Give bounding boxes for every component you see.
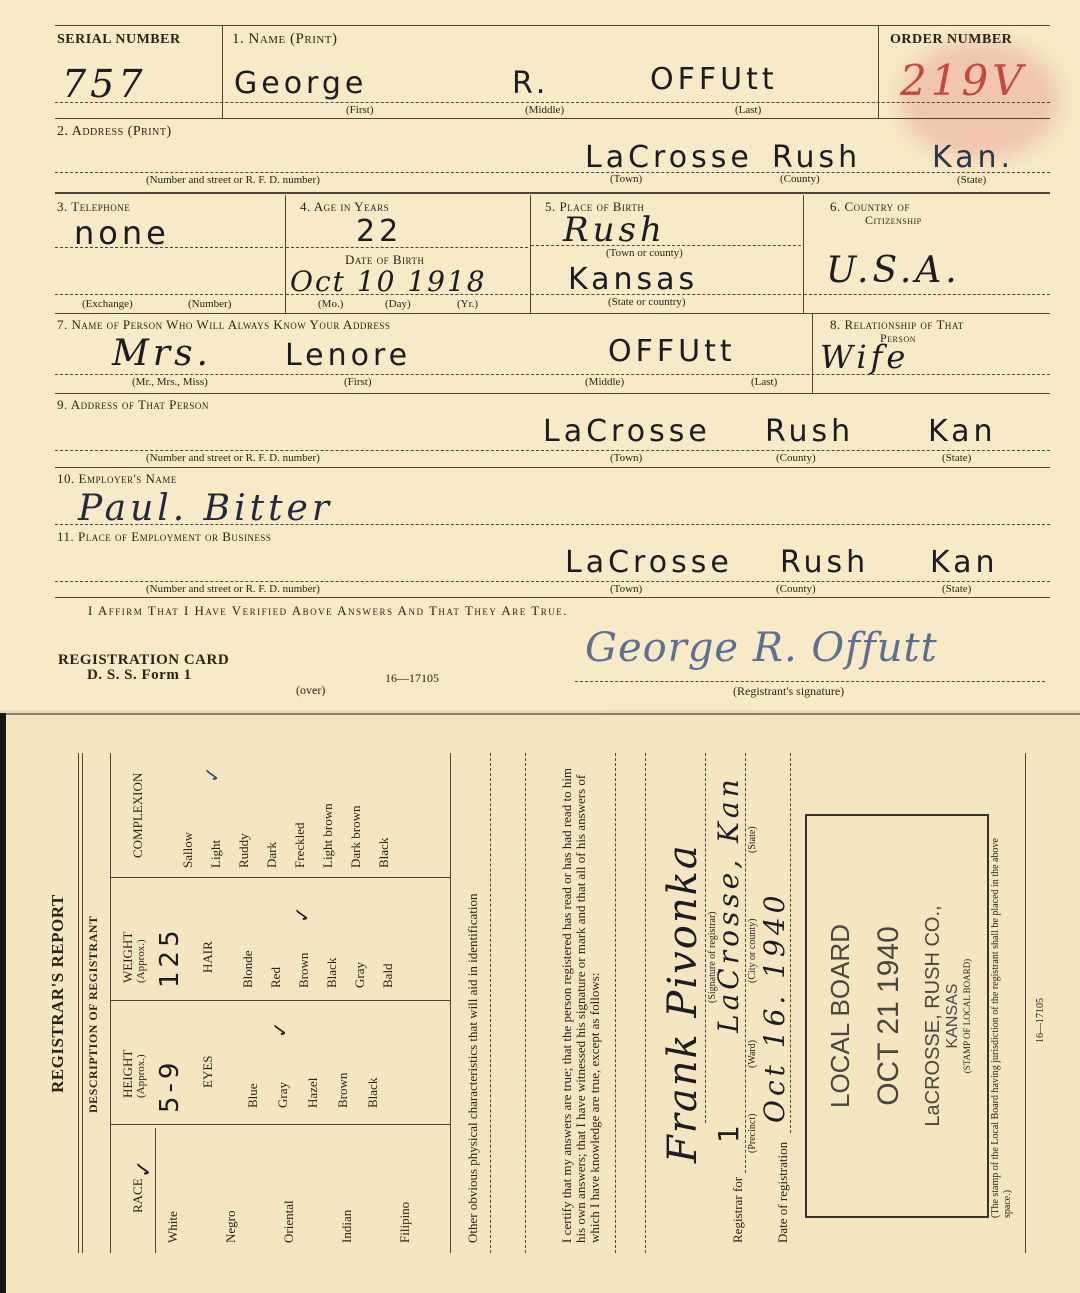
weight-value: 125	[155, 926, 185, 988]
city-value: LaCrosse,	[712, 856, 745, 1033]
telephone-label: 3. Telephone	[57, 199, 130, 215]
address-county-value: Rush	[772, 140, 861, 175]
contact-town-caption: (Town)	[610, 452, 642, 464]
employer-label: 10. Employer's Name	[57, 471, 177, 487]
caption-last: (Last)	[735, 104, 761, 116]
ward-caption: (Ward)	[747, 1040, 758, 1068]
hair-brown: Brown	[296, 953, 312, 988]
address-state-value: Kan.	[932, 140, 1014, 175]
address-town-value: LaCrosse	[585, 140, 753, 175]
relationship-value: Wife	[820, 338, 909, 376]
height-value: 5-9	[155, 1059, 185, 1113]
registrars-report: REGISTRAR'S REPORT DESCRIPTION OF REGIST…	[40, 733, 1070, 1273]
height-label: HEIGHT	[120, 1050, 136, 1098]
registrar-for-label: Registrar for	[730, 1177, 746, 1243]
caption-first: (First)	[346, 104, 374, 116]
contact-middle-caption: (Middle)	[585, 376, 624, 388]
eyes-hazel: Hazel	[305, 1078, 321, 1108]
date-of-registration-value: Oct 16. 1940	[758, 892, 791, 1123]
hair-gray: Gray	[352, 962, 368, 988]
complexion-light: Light	[208, 840, 224, 868]
employment-county-value: Rush	[780, 545, 869, 580]
weight-approx: (Approx.)	[135, 939, 147, 983]
back-print-code: 16—17105	[1035, 998, 1046, 1043]
citizenship-label-2: Citizenship	[865, 213, 922, 228]
birth-town-value: Rush	[563, 210, 666, 250]
race-label: RACE	[130, 1178, 146, 1213]
order-number-value: 219V	[900, 56, 1027, 105]
race-check: ✓	[132, 1156, 157, 1178]
employment-town-caption: (Town)	[610, 583, 642, 595]
employment-state-value: Kan	[930, 545, 999, 580]
race-indian: Indian	[339, 1210, 355, 1243]
age-label: 4. Age in Years	[300, 199, 389, 215]
race-white: White	[165, 1211, 181, 1243]
telephone-exchange-caption: (Exchange)	[82, 298, 133, 310]
complexion-dark: Dark	[264, 842, 280, 868]
complexion-ruddy: Ruddy	[236, 833, 252, 868]
precinct-caption: (Precinct)	[747, 1114, 758, 1153]
birth-state-caption: (State or country)	[608, 296, 686, 308]
over-note: (over)	[296, 683, 325, 698]
contact-first-caption: (First)	[344, 376, 372, 388]
stamp-line3: LaCROSSE, RUSH CO.,	[922, 816, 945, 1216]
height-approx: (Approx.)	[135, 1054, 147, 1098]
signature-caption: (Registrant's signature)	[733, 684, 844, 699]
birth-town-caption: (Town or county)	[606, 247, 683, 259]
report-subtitle: DESCRIPTION OF REGISTRANT	[86, 916, 101, 1113]
stamp-date: OCT 21 1940	[872, 816, 906, 1216]
form-id: D. S. S. Form 1	[87, 667, 192, 684]
state-caption: (State)	[747, 826, 758, 853]
other-characteristics-label: Other obvious physical characteristics t…	[465, 894, 481, 1243]
registration-card-front: SERIAL NUMBER 757 1. Name (Print) George…	[0, 0, 1080, 710]
employment-state-caption: (State)	[942, 583, 971, 595]
serial-number-label: SERIAL NUMBER	[57, 32, 181, 48]
name-label: 1. Name (Print)	[232, 31, 338, 48]
address-state-caption: (State)	[957, 174, 986, 186]
hair-red: Red	[268, 967, 284, 988]
serial-number-value: 757	[62, 62, 147, 106]
local-board-stamp: LOCAL BOARD OCT 21 1940 LaCROSSE, RUSH C…	[805, 814, 989, 1218]
stamp-line4: KANSAS	[944, 816, 962, 1216]
telephone-number-caption: (Number)	[188, 298, 231, 310]
city-caption: (City or county)	[747, 919, 758, 983]
contact-county-caption: (County)	[776, 452, 816, 464]
address-street-caption: (Number and street or R. F. D. number)	[146, 174, 320, 186]
race-oriental: Oriental	[281, 1200, 297, 1243]
print-code: 16—17105	[385, 671, 439, 686]
name-first-value: George	[234, 66, 367, 101]
employment-county-caption: (County)	[776, 583, 816, 595]
hair-blonde: Blonde	[240, 950, 256, 988]
birth-state-value: Kansas	[568, 262, 698, 297]
contact-county-value: Rush	[765, 414, 854, 449]
complexion-freckled: Freckled	[292, 823, 308, 868]
address-label: 2. Address (Print)	[57, 124, 172, 140]
contact-state-value: Kan	[928, 414, 997, 449]
contact-person-label: 7. Name of Person Who Will Always Know Y…	[57, 317, 390, 333]
eyes-brown: Brown	[335, 1073, 351, 1108]
hair-bald: Bald	[380, 963, 396, 988]
contact-first-value: Lenore	[285, 338, 411, 373]
dob-month-caption: (Mo.)	[318, 298, 343, 310]
stamp-note: (The stamp of the Local Board having jur…	[990, 818, 1014, 1218]
affirmation-text: I Affirm That I Have Verified Above Answ…	[88, 603, 568, 619]
complexion-black: Black	[376, 838, 392, 868]
state-value: Kan	[712, 775, 745, 843]
dob-year-caption: (Yr.)	[457, 298, 478, 310]
contact-state-caption: (State)	[942, 452, 971, 464]
contact-title-value: Mrs.	[112, 333, 212, 374]
complexion-light-brown: Light brown	[320, 803, 336, 868]
name-middle-value: R.	[512, 66, 549, 101]
race-filipino: Filipino	[397, 1202, 413, 1243]
caption-middle: (Middle)	[525, 104, 564, 116]
hair-black: Black	[324, 958, 340, 988]
eyes-check: ✓	[268, 1017, 292, 1038]
date-of-registration-label: Date of registration	[775, 1142, 791, 1243]
precinct-value: 1	[712, 1121, 745, 1143]
eyes-black: Black	[365, 1078, 381, 1108]
dob-day-caption: (Day)	[385, 298, 411, 310]
contact-address-label: 9. Address of That Person	[57, 397, 209, 413]
contact-last-caption: (Last)	[751, 376, 777, 388]
hair-label: HAIR	[200, 941, 216, 973]
certification-text: I certify that my answers are true; that…	[560, 763, 602, 1243]
complexion-dark-brown: Dark brown	[348, 806, 364, 868]
eyes-gray: Gray	[275, 1082, 291, 1108]
weight-label: WEIGHT	[120, 932, 136, 983]
address-town-caption: (Town)	[610, 173, 642, 185]
complexion-label: COMPLEXION	[130, 773, 146, 858]
citizenship-value: U.S.A.	[826, 250, 961, 291]
registrant-signature: George R. Offutt	[585, 625, 938, 671]
race-negro: Negro	[223, 1211, 239, 1244]
eyes-label: EYES	[200, 1056, 216, 1089]
contact-title-caption: (Mr., Mrs., Miss)	[132, 376, 208, 388]
stamp-line1: LOCAL BOARD	[825, 816, 856, 1216]
eyes-blue: Blue	[245, 1083, 261, 1108]
registrar-signature: Frank Pivonka	[660, 843, 706, 1163]
employment-town-value: LaCrosse	[565, 545, 733, 580]
employer-value: Paul. Bitter	[78, 488, 333, 529]
contact-street-caption: (Number and street or R. F. D. number)	[146, 452, 320, 464]
contact-last-value: OFFUtt	[608, 334, 736, 369]
order-number-label: ORDER NUMBER	[890, 32, 1012, 48]
report-title: REGISTRAR'S REPORT	[48, 894, 68, 1093]
contact-town-value: LaCrosse	[543, 414, 711, 449]
hair-check: ✓	[290, 902, 314, 923]
age-value: 22	[356, 214, 402, 249]
complexion-check: ✓	[200, 762, 224, 783]
employment-place-label: 11. Place of Employment or Business	[57, 529, 271, 545]
name-last-value: OFFUtt	[650, 62, 778, 97]
employment-street-caption: (Number and street or R. F. D. number)	[146, 583, 320, 595]
address-county-caption: (County)	[780, 173, 820, 185]
stamp-caption: (STAMP OF LOCAL BOARD)	[962, 816, 972, 1216]
complexion-sallow: Sallow	[180, 832, 196, 868]
